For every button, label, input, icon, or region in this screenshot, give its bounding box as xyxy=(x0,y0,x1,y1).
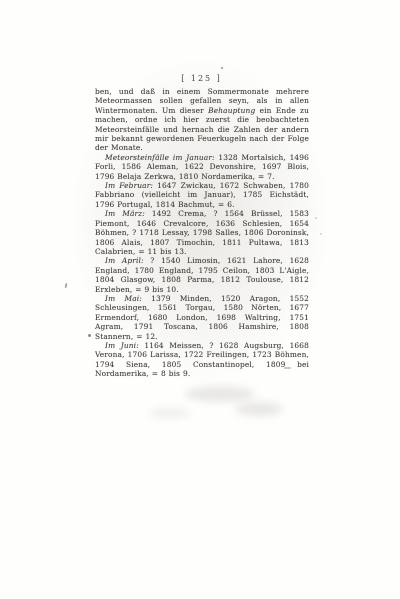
scan-speck xyxy=(320,233,322,235)
scan-smudge xyxy=(185,386,255,402)
text-block: ben, und daß in einem Sommermonate mehre… xyxy=(95,87,309,379)
scan-speck xyxy=(221,67,223,69)
book-page: [ 125 ] ben, und daß in einem Sommermona… xyxy=(0,0,400,599)
paragraph: Im Februar: 1647 Zwickau, 1672 Schwaben,… xyxy=(95,181,309,209)
paragraph: Meteorsteinfälle im Januar: 1328 Mortals… xyxy=(95,153,309,181)
scan-speck xyxy=(315,217,317,219)
scan-smudge xyxy=(235,402,283,416)
italic-text: Im Februar: xyxy=(105,181,153,190)
italic-text: Im März: xyxy=(105,209,145,218)
paragraph: Im Juni: 1164 Meissen, ? 1628 Augsburg, … xyxy=(95,341,309,379)
paragraph: ben, und daß in einem Sommermonate mehre… xyxy=(95,87,309,153)
paragraph: Im Mai: 1379 Minden, 1520 Aragon, 1552 S… xyxy=(95,294,309,341)
italic-text: Im April: xyxy=(105,256,144,265)
italic-text: Behauptung xyxy=(208,106,255,115)
scan-speck xyxy=(65,283,68,288)
scan-speck xyxy=(284,367,291,369)
italic-text: Meteorsteinfälle im Januar: xyxy=(105,153,215,162)
paragraph: Im April: ? 1540 Limosin, 1621 Lahore, 1… xyxy=(95,256,309,294)
page-number: [ 125 ] xyxy=(95,74,308,83)
italic-text: Im Mai: xyxy=(105,294,142,303)
paragraph: Im März: 1492 Crema, ? 1564 Brüssel, 158… xyxy=(95,209,309,256)
scan-speck xyxy=(88,334,91,337)
italic-text: Im Juni: xyxy=(105,341,139,350)
scan-smudge xyxy=(150,408,190,418)
